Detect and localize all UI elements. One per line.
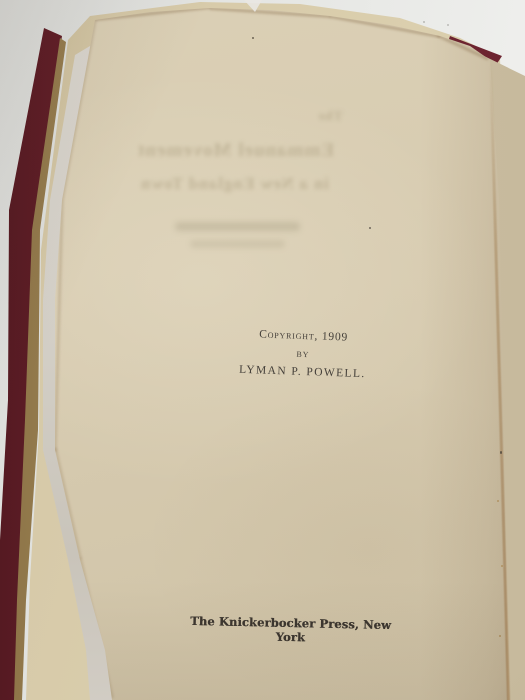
ghost-subtitle-smudge xyxy=(190,240,285,248)
foxing-spot xyxy=(501,565,503,567)
paper-speck xyxy=(252,37,254,39)
ghost-title-line3: in a New England Town xyxy=(112,174,357,194)
copyright-block: Copyright, 1909 BY LYMAN P. POWELL. xyxy=(227,327,379,380)
dust-speck xyxy=(447,24,449,26)
foxing-spot xyxy=(497,500,499,502)
ghost-title-line1: The xyxy=(298,108,362,124)
dust-speck xyxy=(423,21,425,23)
author-name-line: LYMAN P. POWELL. xyxy=(227,363,377,380)
book-photo: The Emmanuel Movement in a New England T… xyxy=(0,0,525,700)
publisher-imprint: The Knickerbocker Press, New York xyxy=(178,614,404,647)
paper-speck xyxy=(369,227,371,229)
copyright-year-line: Copyright, 1909 xyxy=(228,327,378,344)
paper-speck xyxy=(500,451,502,454)
by-line: BY xyxy=(228,347,378,361)
ghost-title-line2: Emmanuel Movement xyxy=(118,140,353,162)
foxing-spot xyxy=(499,635,501,637)
ghost-subtitle-smudge xyxy=(175,222,300,231)
